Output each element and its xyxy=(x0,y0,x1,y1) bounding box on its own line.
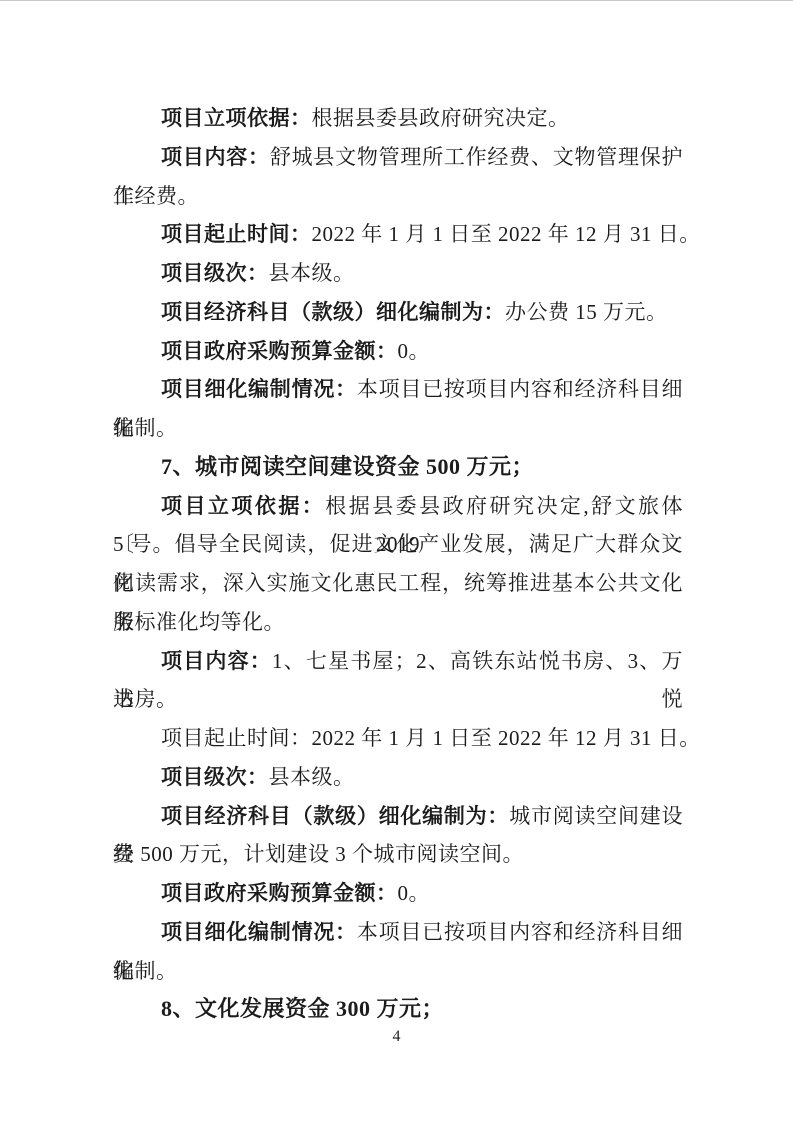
text-run: 务标准化均等化。 xyxy=(113,610,285,634)
text-run: 作经费。 xyxy=(113,184,199,208)
field-label: 8、文化发展资金 300 万元； xyxy=(161,996,444,1021)
text-line: 项目政府采购预算金额：0。 xyxy=(113,332,683,371)
text-run: 0。 xyxy=(398,339,431,363)
page-number: 4 xyxy=(0,1026,793,1048)
field-label: 项目政府采购预算金额： xyxy=(161,339,398,363)
text-line: 项目级次：县本级。 xyxy=(113,758,683,797)
text-line: 项目内容：1、七星书屋；2、高铁东站悦书房、3、万达悦 xyxy=(113,642,683,681)
field-label: 项目级次： xyxy=(161,261,269,285)
text-line: 项目级次：县本级。 xyxy=(113,254,683,293)
text-line: 项目立项依据：根据县委县政府研究决定,舒文旅体〔2019〕 xyxy=(113,487,683,526)
field-label: 项目政府采购预算金额： xyxy=(161,881,398,905)
text-line: 阅读需求，深入实施文化惠民工程，统筹推进基本公共文化服 xyxy=(113,564,683,603)
text-line: 编制。 xyxy=(113,952,683,991)
field-label: 项目细化编制情况： xyxy=(161,377,357,401)
document-page: 项目立项依据：根据县委县政府研究决定。项目内容：舒城县文物管理所工作经费、文物管… xyxy=(0,0,793,1122)
text-line: 项目细化编制情况：本项目已按项目内容和经济科目细化 xyxy=(113,913,683,952)
text-line: 项目经济科目（款级）细化编制为：办公费 15 万元。 xyxy=(113,293,683,332)
field-label: 项目内容： xyxy=(161,145,270,169)
text-line: 项目细化编制情况：本项目已按项目内容和经济科目细化 xyxy=(113,370,683,409)
field-label: 项目级次： xyxy=(161,765,269,789)
text-run: 项目起止时间：2022 年 1 月 1 日至 2022 年 12 月 31 日。 xyxy=(161,726,701,750)
field-label: 项目立项依据： xyxy=(161,106,312,130)
text-line: 编制。 xyxy=(113,409,683,448)
document-body: 项目立项依据：根据县委县政府研究决定。项目内容：舒城县文物管理所工作经费、文物管… xyxy=(113,99,683,1029)
text-run: 0。 xyxy=(398,881,431,905)
section-heading: 8、文化发展资金 300 万元； xyxy=(113,990,683,1029)
text-run: 办公费 15 万元。 xyxy=(505,300,668,324)
field-label: 7、城市阅读空间建设资金 500 万元； xyxy=(161,454,534,479)
text-run: 编制。 xyxy=(113,416,178,440)
text-run: 费 500 万元，计划建设 3 个城市阅读空间。 xyxy=(113,842,524,866)
field-label: 项目立项依据： xyxy=(161,494,325,518)
text-run: 县本级。 xyxy=(269,261,355,285)
text-line: 项目政府采购预算金额：0。 xyxy=(113,874,683,913)
text-run: 根据县委县政府研究决定。 xyxy=(312,106,570,130)
section-heading: 7、城市阅读空间建设资金 500 万元； xyxy=(113,448,683,487)
field-label: 项目起止时间： xyxy=(161,222,312,246)
text-run: 书房。 xyxy=(113,687,178,711)
text-line: 作经费。 xyxy=(113,177,683,216)
text-run: 县本级。 xyxy=(269,765,355,789)
text-line: 费 500 万元，计划建设 3 个城市阅读空间。 xyxy=(113,835,683,874)
text-run: 2022 年 1 月 1 日至 2022 年 12 月 31 日。 xyxy=(312,222,701,246)
text-line: 项目经济科目（款级）细化编制为：城市阅读空间建设经 xyxy=(113,797,683,836)
text-run: 编制。 xyxy=(113,959,178,983)
text-line: 项目起止时间：2022 年 1 月 1 日至 2022 年 12 月 31 日。 xyxy=(113,719,683,758)
text-line: 项目内容：舒城县文物管理所工作经费、文物管理保护工 xyxy=(113,138,683,177)
text-line: 项目起止时间：2022 年 1 月 1 日至 2022 年 12 月 31 日。 xyxy=(113,215,683,254)
text-line: 务标准化均等化。 xyxy=(113,603,683,642)
page-top-divider xyxy=(0,0,793,1)
field-label: 项目内容： xyxy=(161,649,272,673)
field-label: 项目经济科目（款级）细化编制为： xyxy=(161,300,505,324)
text-line: 项目立项依据：根据县委县政府研究决定。 xyxy=(113,99,683,138)
text-line: 5 号。倡导全民阅读，促进文化产业发展，满足广大群众文化 xyxy=(113,525,683,564)
field-label: 项目细化编制情况： xyxy=(161,920,357,944)
field-label: 项目经济科目（款级）细化编制为： xyxy=(161,804,509,828)
